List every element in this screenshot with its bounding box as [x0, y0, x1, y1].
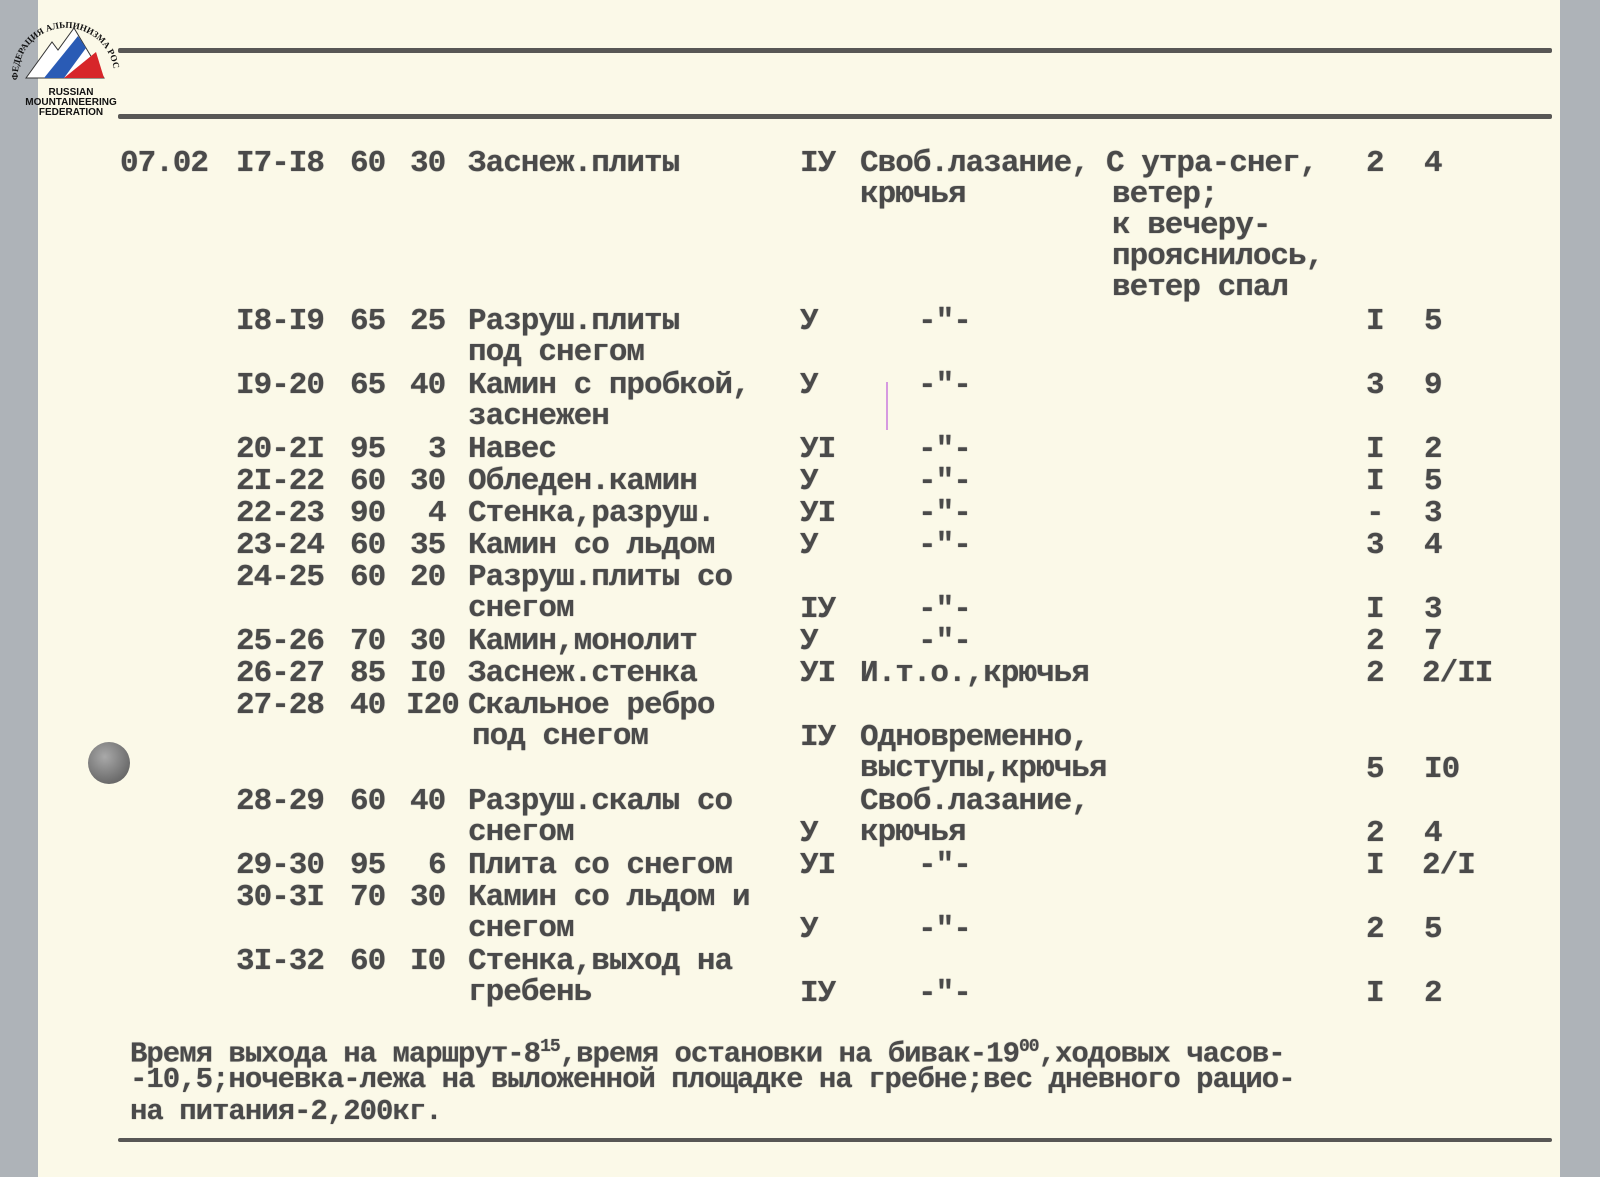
logo-line: FEDERATION	[14, 108, 128, 118]
cell-technique: крючья	[860, 817, 966, 848]
cell-length: 30	[410, 466, 445, 497]
cell-hooks-b: 3	[1424, 594, 1442, 625]
cell-steepness: 90	[350, 498, 385, 529]
pen-mark	[886, 382, 888, 430]
cell-difficulty: У	[800, 370, 818, 401]
cell-relief: Камин с пробкой,	[468, 370, 750, 401]
cell-hooks-b: 5	[1424, 914, 1442, 945]
cell-difficulty: IУ	[800, 722, 835, 753]
cell-date: 07.02	[120, 148, 208, 179]
cell-hooks-a: 2	[1366, 914, 1384, 945]
cell-length: 4	[428, 498, 446, 529]
cell-weather: ветер спал	[1112, 272, 1288, 303]
cell-steepness: 70	[350, 626, 385, 657]
cell-relief: Скальное ребро	[468, 690, 714, 721]
cell-technique: -"-	[918, 914, 971, 945]
federation-logo: ФЕДЕРАЦИЯ АЛЬПИНИЗМА РОССИИ RUSSIAN MOUN…	[4, 6, 124, 116]
cell-hooks-a: I	[1366, 594, 1384, 625]
cell-technique: Одновременно,	[860, 722, 1089, 753]
cell-hooks-a: 2	[1366, 658, 1384, 689]
cell-hooks-b: 4	[1424, 818, 1442, 849]
cell-hooks-b: 2	[1424, 978, 1442, 1009]
cell-length: 40	[410, 786, 445, 817]
bottom-rule	[118, 1138, 1552, 1142]
cell-hooks-a: I	[1366, 978, 1384, 1009]
cell-relief: Камин со льдом	[468, 530, 714, 561]
cell-steepness: 40	[350, 690, 385, 721]
cell-section: 20-2I	[236, 434, 324, 465]
cell-relief: Разруш.плиты	[468, 306, 679, 337]
summary-line: -10,5;ночевка-лежа на выложенной площадк…	[130, 1064, 1295, 1095]
cell-hooks-a: I	[1366, 466, 1384, 497]
cell-hooks-a: 3	[1366, 370, 1384, 401]
cell-difficulty: УI	[800, 658, 835, 689]
cell-hooks-b: 9	[1424, 370, 1442, 401]
cell-length: 6	[428, 850, 446, 881]
cell-section: 28-29	[236, 786, 324, 817]
cell-steepness: 60	[350, 148, 385, 179]
cell-section: 27-28	[236, 690, 324, 721]
cell-length: 40	[410, 370, 445, 401]
cell-weather: С утра-снег,	[1106, 148, 1317, 179]
cell-relief: под снегом	[468, 337, 644, 368]
cell-technique: -"-	[918, 498, 971, 529]
cell-section: 23-24	[236, 530, 324, 561]
cell-relief: Заснеж.стенка	[468, 658, 697, 689]
cell-length: 25	[410, 306, 445, 337]
cell-weather: ветер;	[1112, 179, 1218, 210]
cell-relief: Камин со льдом и	[468, 882, 750, 913]
cell-section: 30-3I	[236, 882, 324, 913]
cell-length: 30	[410, 626, 445, 657]
cell-hooks-a: 5	[1366, 754, 1384, 785]
cell-steepness: 65	[350, 370, 385, 401]
cell-relief: снегом	[468, 593, 574, 624]
header-rule	[118, 114, 1552, 119]
cell-technique: -"-	[918, 530, 971, 561]
cell-section: 25-26	[236, 626, 324, 657]
cell-technique: -"-	[918, 626, 971, 657]
cell-weather: к вечеру-	[1112, 210, 1270, 241]
cell-relief: Камин,монолит	[468, 626, 697, 657]
cell-hooks-b: 2/I	[1422, 850, 1475, 881]
cell-steepness: 60	[350, 786, 385, 817]
cell-difficulty: IУ	[800, 148, 835, 179]
cell-section: I8-I9	[236, 306, 324, 337]
cell-difficulty: У	[800, 914, 818, 945]
cell-difficulty: IУ	[800, 978, 835, 1009]
cell-relief: Разруш.скалы со	[468, 786, 732, 817]
cell-section: 26-27	[236, 658, 324, 689]
cell-difficulty: УI	[800, 498, 835, 529]
cell-hooks-b: 5	[1424, 466, 1442, 497]
cell-relief: снегом	[468, 913, 574, 944]
cell-relief: заснежен	[468, 401, 609, 432]
cell-hooks-a: I	[1366, 306, 1384, 337]
cell-relief: Стенка,разруш.	[468, 498, 714, 529]
cell-technique: -"-	[918, 466, 971, 497]
cell-relief: под снегом	[472, 721, 648, 752]
cell-relief: Заснеж.плиты	[468, 148, 679, 179]
cell-length: 3	[428, 434, 446, 465]
cell-hooks-a: 3	[1366, 530, 1384, 561]
cell-technique: -"-	[918, 306, 971, 337]
cell-relief: снегом	[468, 817, 574, 848]
cell-section: 24-25	[236, 562, 324, 593]
punch-hole	[88, 742, 130, 784]
summary-line: на питания-2,200кг.	[130, 1096, 442, 1127]
cell-technique: выступы,крючья	[860, 753, 1106, 784]
cell-technique: И.т.о.,крючья	[860, 658, 1089, 689]
cell-steepness: 60	[350, 562, 385, 593]
cell-relief: Навес	[468, 434, 556, 465]
cell-length: 30	[410, 882, 445, 913]
cell-hooks-a: -	[1366, 498, 1384, 529]
cell-steepness: 95	[350, 850, 385, 881]
cell-hooks-a: 2	[1366, 148, 1384, 179]
cell-difficulty: У	[800, 306, 818, 337]
cell-relief: Стенка,выход на	[468, 946, 732, 977]
cell-hooks-a: 2	[1366, 818, 1384, 849]
cell-difficulty: IУ	[800, 594, 835, 625]
cell-section: I7-I8	[236, 148, 324, 179]
cell-difficulty: У	[800, 818, 818, 849]
cell-section: I9-20	[236, 370, 324, 401]
cell-hooks-b: 4	[1424, 530, 1442, 561]
cell-length: I0	[410, 658, 445, 689]
cell-hooks-b: 2/II	[1422, 658, 1492, 689]
cell-hooks-b: 2	[1424, 434, 1442, 465]
cell-steepness: 70	[350, 882, 385, 913]
cell-hooks-b: 7	[1424, 626, 1442, 657]
cell-relief: Плита со снегом	[468, 850, 732, 881]
mountain-logo-icon: ФЕДЕРАЦИЯ АЛЬПИНИЗМА РОССИИ	[4, 6, 124, 88]
cell-length: 30	[410, 148, 445, 179]
cell-difficulty: У	[800, 626, 818, 657]
cell-relief: Обледен.камин	[468, 466, 697, 497]
cell-section: 3I-32	[236, 946, 324, 977]
cell-difficulty: УI	[800, 434, 835, 465]
cell-technique: -"-	[918, 978, 971, 1009]
cell-length: 35	[410, 530, 445, 561]
cell-difficulty: У	[800, 466, 818, 497]
cell-technique: -"-	[918, 434, 971, 465]
cell-section: 2I-22	[236, 466, 324, 497]
cell-steepness: 60	[350, 530, 385, 561]
cell-technique: -"-	[918, 594, 971, 625]
cell-hooks-b: 3	[1424, 498, 1442, 529]
cell-hooks-b: 5	[1424, 306, 1442, 337]
logo-caption: RUSSIAN MOUNTAINEERING FEDERATION	[14, 88, 128, 118]
cell-steepness: 60	[350, 466, 385, 497]
cell-technique: Своб.лазание,	[860, 148, 1089, 179]
cell-technique: крючья	[860, 179, 966, 210]
cell-hooks-b: 4	[1424, 148, 1442, 179]
top-rule	[118, 48, 1552, 53]
cell-difficulty: У	[800, 530, 818, 561]
cell-length: I20	[406, 690, 459, 721]
cell-hooks-a: 2	[1366, 626, 1384, 657]
cell-weather: прояснилось,	[1112, 241, 1323, 272]
cell-technique: Своб.лазание,	[860, 786, 1089, 817]
cell-hooks-a: I	[1366, 850, 1384, 881]
cell-difficulty: УI	[800, 850, 835, 881]
cell-steepness: 95	[350, 434, 385, 465]
cell-steepness: 60	[350, 946, 385, 977]
cell-relief: гребень	[468, 977, 591, 1008]
cell-relief: Разруш.плиты со	[468, 562, 732, 593]
cell-hooks-a: I	[1366, 434, 1384, 465]
cell-technique: -"-	[918, 370, 971, 401]
cell-technique: -"-	[918, 850, 971, 881]
cell-length: 20	[410, 562, 445, 593]
cell-steepness: 65	[350, 306, 385, 337]
cell-hooks-b: I0	[1424, 754, 1459, 785]
cell-length: I0	[410, 946, 445, 977]
cell-steepness: 85	[350, 658, 385, 689]
cell-section: 29-30	[236, 850, 324, 881]
cell-section: 22-23	[236, 498, 324, 529]
